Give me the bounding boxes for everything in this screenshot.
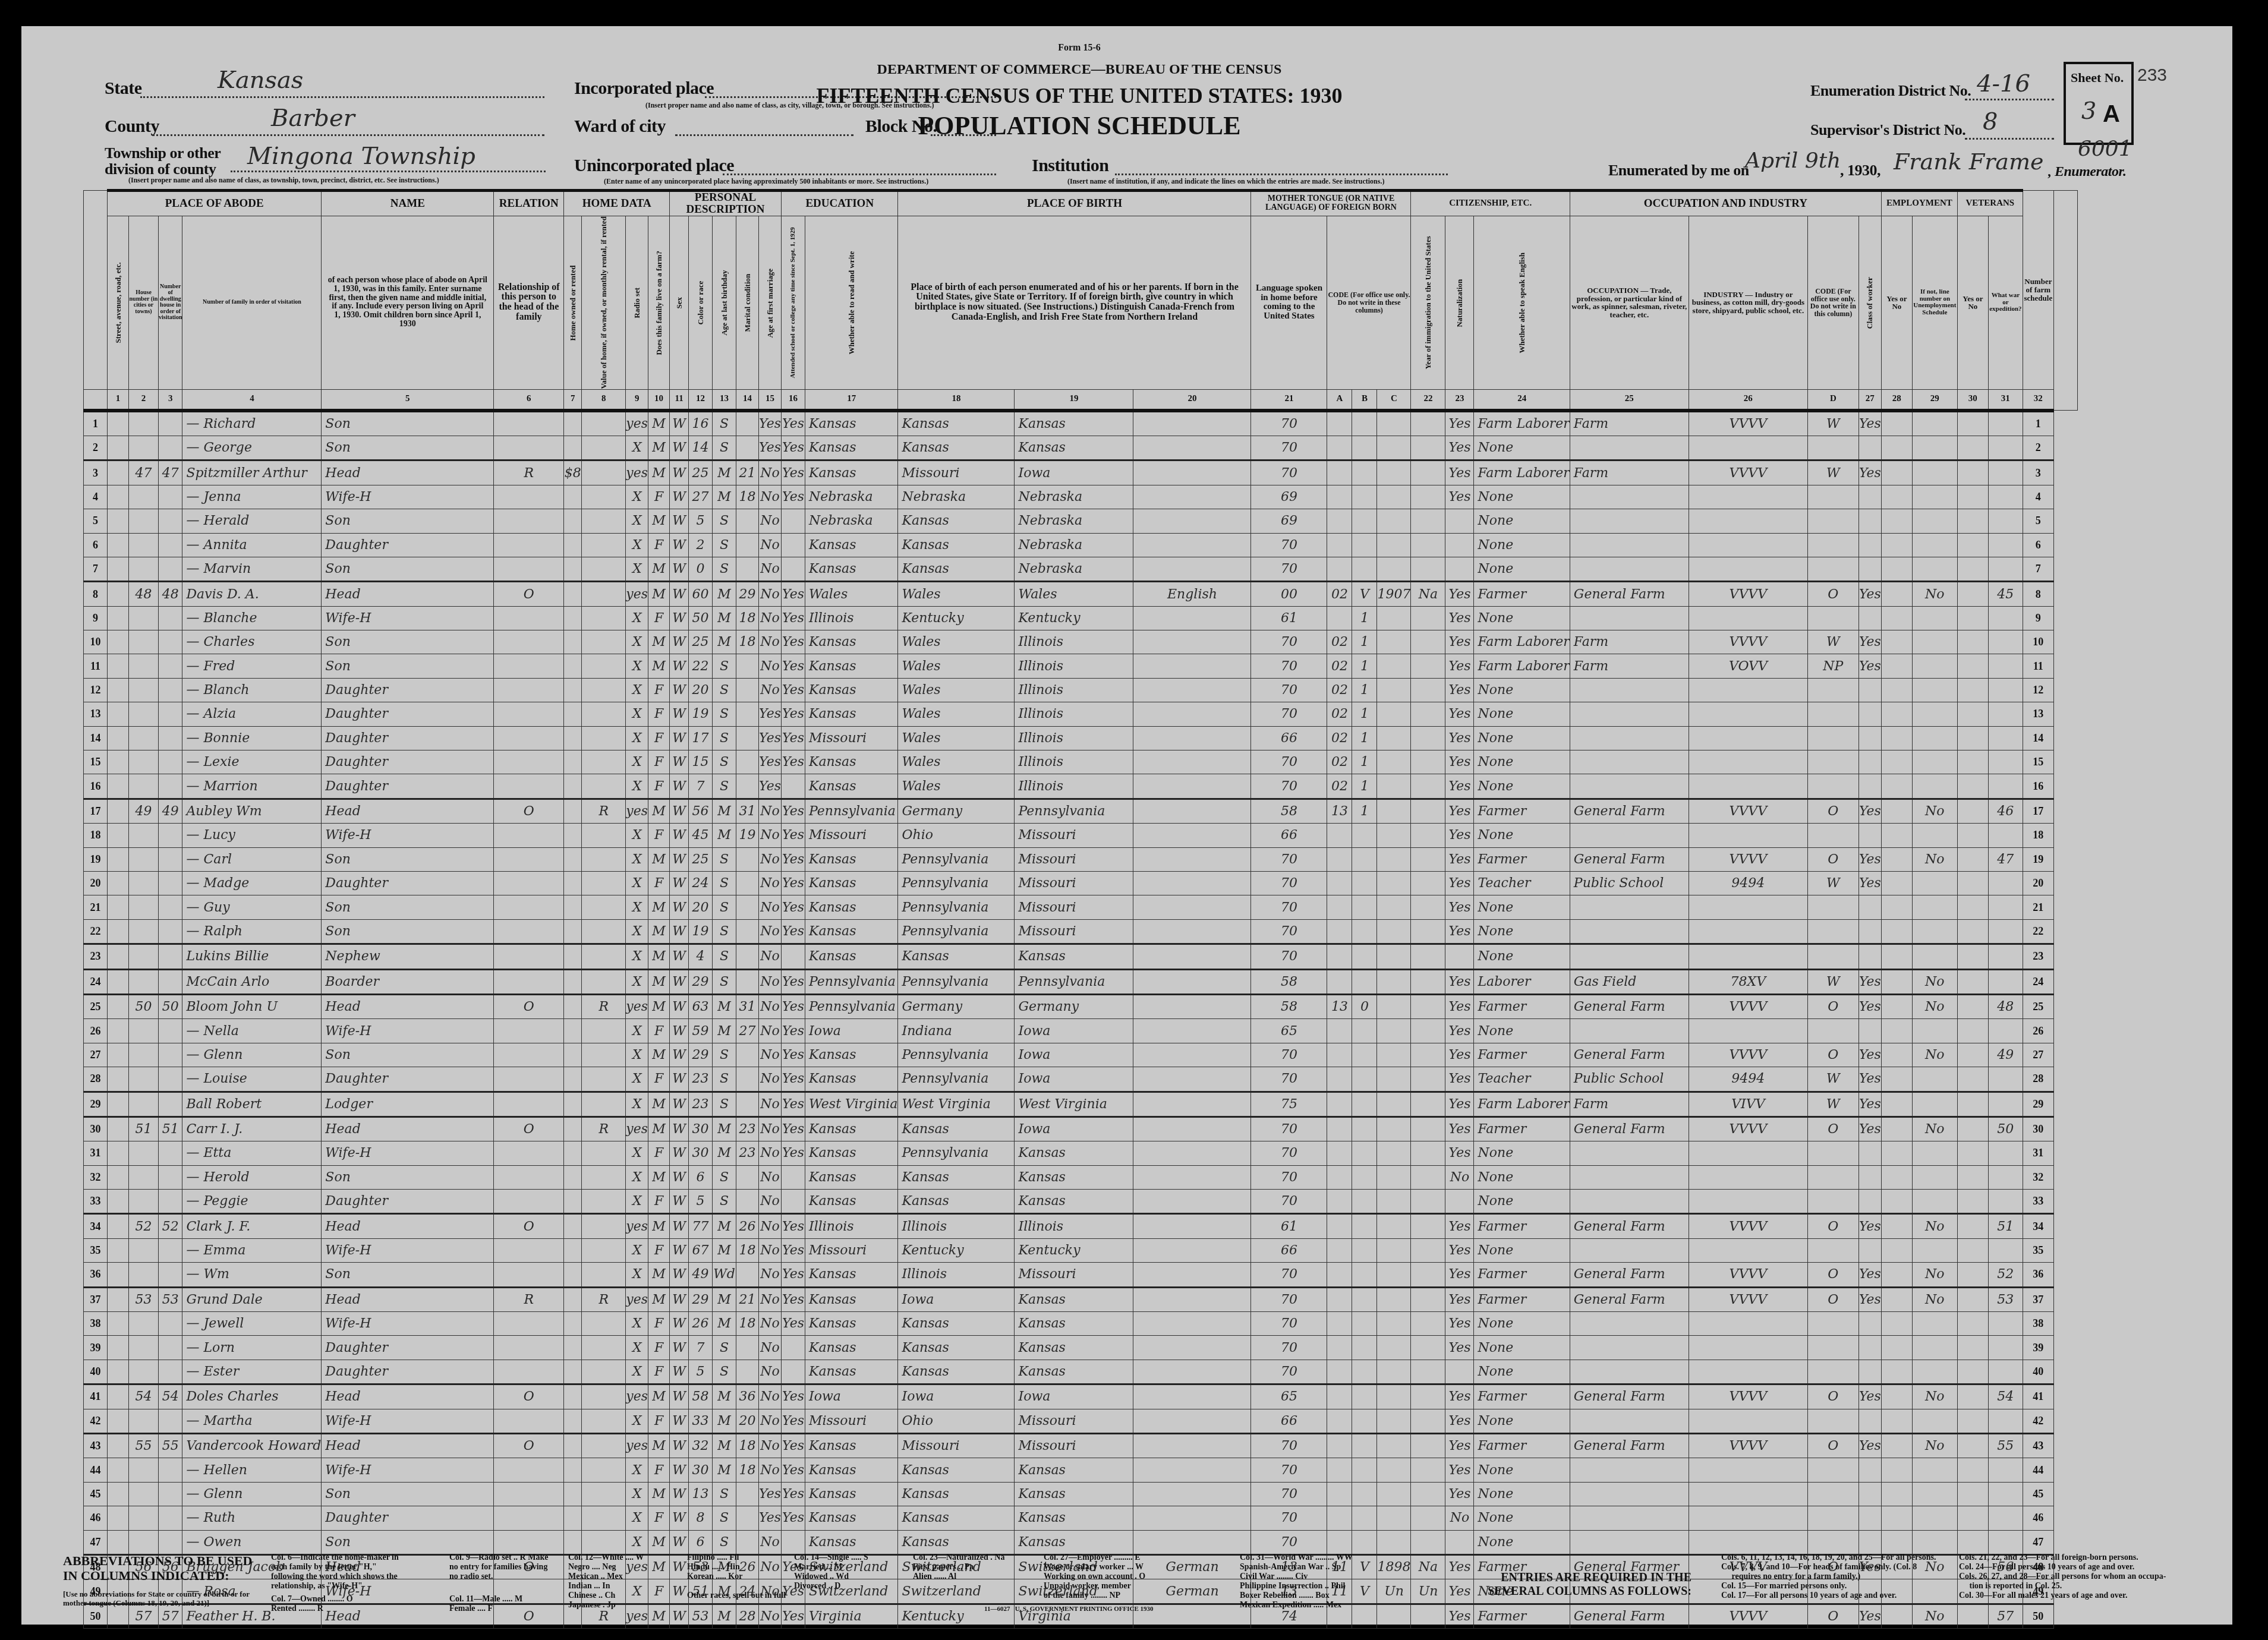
cell-immig (1377, 1482, 1411, 1506)
cell-dwelling (129, 1019, 159, 1043)
cell-unemp (1881, 1141, 1912, 1165)
cell-codeC (1352, 436, 1377, 460)
cell-vet (1912, 411, 1957, 436)
cell-home (494, 1409, 564, 1433)
cell-dwelling (129, 944, 159, 969)
cell-codeB (1327, 461, 1352, 485)
table-row: 39— LornDaughterXFW7SNoKansasKansasKansa… (84, 1336, 2078, 1360)
cell-sex: F (648, 533, 670, 557)
cell-relation: Daughter (322, 1067, 494, 1092)
line-number-right: 42 (2023, 1409, 2053, 1433)
cell-lang (1133, 1530, 1251, 1554)
cell-race: W (670, 582, 689, 606)
cell-codeC (1352, 1287, 1377, 1311)
cell-radio (582, 485, 626, 509)
line-number-right: 30 (2023, 1117, 2053, 1141)
cell-mother: Nebraska (1015, 509, 1133, 533)
cell-english: Yes (1445, 1604, 1474, 1628)
cell-industry (1570, 750, 1689, 774)
cell-farm: yes (626, 411, 648, 436)
cell-english: Yes (1445, 1336, 1474, 1360)
cell-value (564, 1238, 582, 1262)
cell-father: Kansas (898, 1312, 1015, 1336)
cell-war (1957, 1482, 1988, 1506)
cell-father: Wales (898, 750, 1015, 774)
cell-marital: S (713, 557, 736, 581)
cell-immig (1377, 1117, 1411, 1141)
supervisor-district-value: 8 (1983, 108, 1998, 135)
cell-codeB (1327, 1409, 1352, 1433)
cell-codeB (1327, 1482, 1352, 1506)
line-number: 20 (84, 872, 108, 895)
cell-work (1858, 726, 1881, 750)
cell-sex: M (648, 944, 670, 969)
cell-lang (1133, 702, 1251, 726)
cell-age: 29 (689, 969, 713, 994)
population-schedule-table: PLACE OF ABODE NAME RELATION HOME DATA P… (83, 189, 2078, 1629)
institution-label: Institution (1032, 156, 1109, 176)
cell-codeC (1352, 1433, 1377, 1458)
cell-work (1858, 895, 1881, 919)
table-row: 12— BlanchDaughterXFW20SNoYesKansasWales… (84, 678, 2078, 702)
line-number: 15 (84, 750, 108, 774)
form-number: Form 15-6 (0, 43, 2185, 53)
cell-dwelling (129, 750, 159, 774)
cell-codeA: 75 (1251, 1092, 1327, 1117)
cell-family (159, 1067, 182, 1092)
cell-vet (1912, 1092, 1957, 1117)
cell-occupation: None (1474, 895, 1570, 919)
column-number: 10 (648, 389, 670, 411)
cell-natur (1411, 872, 1445, 895)
cell-street (108, 1360, 129, 1384)
cell-farm: X (626, 1238, 648, 1262)
cell-vet (1912, 436, 1957, 460)
cell-work (1858, 774, 1881, 799)
cell-industry (1570, 726, 1689, 750)
cell-industry: General Farm (1570, 1043, 1689, 1067)
cell-farmsch (1988, 726, 2023, 750)
cell-farmsch (1988, 1530, 2023, 1554)
cell-street (108, 606, 129, 630)
cell-farmsch (1988, 1067, 2023, 1092)
cell-codeA: 70 (1251, 1165, 1327, 1189)
cell-codeB (1327, 1190, 1352, 1214)
cell-age_marr (736, 1190, 759, 1214)
cell-natur (1411, 895, 1445, 919)
cell-farmsch: 55 (1988, 1433, 2023, 1458)
cell-war (1957, 1530, 1988, 1554)
cell-dwelling (129, 824, 159, 847)
line-number: 11 (84, 654, 108, 678)
cell-race: W (670, 1360, 689, 1384)
cell-marital: S (713, 847, 736, 871)
cell-name: — Madge (182, 872, 322, 895)
cell-race: W (670, 895, 689, 919)
cell-age: 29 (689, 1043, 713, 1067)
cell-sex: F (648, 678, 670, 702)
cell-lang (1133, 1043, 1251, 1067)
cell-age_marr (736, 1043, 759, 1067)
cell-radio (582, 1190, 626, 1214)
table-row: 22— RalphSonXMW19SNoYesKansasPennsylvani… (84, 919, 2078, 944)
cell-birth: Kansas (805, 1165, 898, 1189)
line-number-right: 32 (2023, 1165, 2053, 1189)
cell-name: Davis D. A. (182, 582, 322, 606)
cell-mother: Illinois (1015, 726, 1133, 750)
cell-farm: X (626, 750, 648, 774)
cell-unemp (1881, 969, 1912, 994)
cell-lang (1133, 1384, 1251, 1409)
cell-natur: Na (1411, 582, 1445, 606)
cell-father: Illinois (898, 1263, 1015, 1287)
cell-codeD: VVVV (1689, 411, 1807, 436)
cell-farmsch (1988, 461, 2023, 485)
cell-father: Pennsylvania (898, 872, 1015, 895)
cell-father: Iowa (898, 1384, 1015, 1409)
cell-farmsch (1988, 630, 2023, 654)
cell-street (108, 1019, 129, 1043)
cell-farm: X (626, 1482, 648, 1506)
cell-street (108, 654, 129, 678)
cell-natur (1411, 557, 1445, 581)
cell-radio: R (582, 1117, 626, 1141)
cell-codeB: 02 (1327, 726, 1352, 750)
cell-codeC (1352, 1384, 1377, 1409)
cell-codeD: 9494 (1689, 872, 1807, 895)
footer-col6: Col. 6—Indicate the home-maker in each f… (271, 1553, 408, 1591)
cell-codeC (1352, 1214, 1377, 1238)
cell-value (564, 436, 582, 460)
cell-farmsch (1988, 1165, 2023, 1189)
header-c3: Number of dwelling house in order of vis… (159, 216, 182, 390)
cell-family (159, 824, 182, 847)
cell-lang (1133, 1312, 1251, 1336)
cell-relation: Son (322, 1043, 494, 1067)
cell-vet (1912, 1067, 1957, 1092)
cell-dwelling (129, 1336, 159, 1360)
cell-codeB (1327, 847, 1352, 871)
cell-codeC (1352, 1067, 1377, 1092)
cell-radio (582, 1312, 626, 1336)
cell-farmsch: 45 (1988, 582, 2023, 606)
cell-unemp (1881, 1165, 1912, 1189)
cell-street (108, 582, 129, 606)
cell-home (494, 824, 564, 847)
sheet-number-box: Sheet No. 3 A (2064, 62, 2134, 145)
cell-codeD: VIVV (1689, 1092, 1807, 1117)
header-c8: Value of home, if owned, or monthly rent… (582, 216, 626, 390)
column-number: A (1327, 389, 1352, 411)
cell-industry (1570, 1141, 1689, 1165)
cell-dwelling (129, 509, 159, 533)
cell-class: W (1807, 461, 1858, 485)
cell-industry: Public School (1570, 872, 1689, 895)
table-row: 26— NellaWife-HXFW59M27NoYesIowaIndianaI… (84, 1019, 2078, 1043)
cell-english (1445, 1190, 1474, 1214)
cell-marital: S (713, 1165, 736, 1189)
cell-codeC (1352, 1530, 1377, 1554)
cell-age: 0 (689, 557, 713, 581)
cell-work (1858, 1019, 1881, 1043)
cell-codeB (1327, 509, 1352, 533)
cell-codeA: 61 (1251, 606, 1327, 630)
column-number: 17 (805, 389, 898, 411)
cell-codeC (1352, 1190, 1377, 1214)
table-row: 415454Doles CharlesHeadOyesMW58M36NoYesI… (84, 1384, 2078, 1409)
cell-home: O (494, 1117, 564, 1141)
cell-war (1957, 606, 1988, 630)
cell-english: Yes (1445, 1287, 1474, 1311)
cell-street (108, 557, 129, 581)
cell-race: W (670, 1019, 689, 1043)
cell-codeA: 58 (1251, 994, 1327, 1018)
cell-farm: X (626, 702, 648, 726)
cell-work: Yes (1858, 1092, 1881, 1117)
cell-birth: Nebraska (805, 485, 898, 509)
cell-school: No (759, 944, 782, 969)
header-c14: Marital condition (736, 216, 759, 390)
cell-value (564, 1043, 582, 1067)
cell-relation: Wife-H (322, 485, 494, 509)
cell-war (1957, 1336, 1988, 1360)
cell-home (494, 557, 564, 581)
cell-codeC (1352, 1312, 1377, 1336)
cell-birth: Pennsylvania (805, 969, 898, 994)
cell-family: 47 (159, 461, 182, 485)
cell-vet: No (1912, 969, 1957, 994)
cell-codeB: 02 (1327, 774, 1352, 799)
cell-codeD (1689, 944, 1807, 969)
cell-marital: Wd (713, 1263, 736, 1287)
cell-codeA: 70 (1251, 895, 1327, 919)
cell-birth: Kansas (805, 1482, 898, 1506)
cell-farm: X (626, 654, 648, 678)
cell-work: Yes (1858, 1117, 1881, 1141)
table-row: 32— HeroldSonXMW6SNoKansasKansasKansas70… (84, 1165, 2078, 1189)
cell-race: W (670, 606, 689, 630)
cell-father: Wales (898, 702, 1015, 726)
cell-age_marr (736, 436, 759, 460)
cell-age_marr (736, 509, 759, 533)
cell-family: 53 (159, 1287, 182, 1311)
cell-vet: No (1912, 582, 1957, 606)
cell-immig (1377, 1336, 1411, 1360)
cell-war (1957, 799, 1988, 823)
unincorporated-note: (Enter name of any unincorporated place … (604, 177, 928, 186)
cell-vet (1912, 824, 1957, 847)
cell-read: Yes (782, 411, 805, 436)
cell-lang (1133, 678, 1251, 702)
cell-marital: M (713, 799, 736, 823)
cell-mother: Illinois (1015, 1214, 1133, 1238)
cell-home (494, 1360, 564, 1384)
cell-war (1957, 1190, 1988, 1214)
cell-class (1807, 919, 1858, 944)
cell-name: — Herold (182, 1165, 322, 1189)
cell-radio (582, 1433, 626, 1458)
cell-vet (1912, 533, 1957, 557)
cell-father: Pennsylvania (898, 919, 1015, 944)
cell-codeD (1689, 1312, 1807, 1336)
cell-home (494, 1067, 564, 1092)
cell-family (159, 485, 182, 509)
cell-war (1957, 1092, 1988, 1117)
cell-birth: Missouri (805, 1409, 898, 1433)
table-row: 27— GlennSonXMW29SNoYesKansasPennsylvani… (84, 1043, 2078, 1067)
cell-farmsch (1988, 1141, 2023, 1165)
cell-street (108, 436, 129, 460)
cell-read: Yes (782, 1506, 805, 1530)
cell-natur (1411, 1409, 1445, 1433)
cell-value (564, 678, 582, 702)
line-number-right: 2 (2023, 436, 2053, 460)
right-gutter (2053, 191, 2077, 411)
cell-class: O (1807, 1604, 1858, 1628)
cell-birth: Kansas (805, 919, 898, 944)
cell-family (159, 654, 182, 678)
table-row: 35— EmmaWife-HXFW67M18NoYesMissouriKentu… (84, 1238, 2078, 1262)
cell-age_marr: 26 (736, 1214, 759, 1238)
cell-age: 24 (689, 872, 713, 895)
cell-radio (582, 824, 626, 847)
cell-relation: Son (322, 411, 494, 436)
table-row: 4— JennaWife-HXFW27M18NoYesNebraskaNebra… (84, 485, 2078, 509)
cell-dwelling (129, 411, 159, 436)
cell-codeC (1352, 1360, 1377, 1384)
cell-vet (1912, 1409, 1957, 1433)
cell-codeA: 66 (1251, 1238, 1327, 1262)
cell-immig (1377, 606, 1411, 630)
cell-school: No (759, 1019, 782, 1043)
cell-home (494, 726, 564, 750)
cell-natur (1411, 1019, 1445, 1043)
cell-sex: M (648, 436, 670, 460)
cell-codeA: 70 (1251, 1043, 1327, 1067)
cell-relation: Head (322, 1433, 494, 1458)
census-sheet: State Kansas County Barber Township or o… (21, 26, 2232, 1625)
cell-immig (1377, 1092, 1411, 1117)
cell-radio (582, 436, 626, 460)
header-c6: Relationship of this person to the head … (494, 216, 564, 390)
cell-immig (1377, 557, 1411, 581)
cell-family (159, 1165, 182, 1189)
cell-immig (1377, 919, 1411, 944)
header-c24: Whether able to speak English (1474, 216, 1570, 390)
cell-farm: yes (626, 799, 648, 823)
cell-birth: Pennsylvania (805, 799, 898, 823)
cell-codeC (1352, 847, 1377, 871)
cell-codeC (1352, 969, 1377, 994)
table-row: 11— FredSonXMW22SNoYesKansasWalesIllinoi… (84, 654, 2078, 678)
cell-marital: S (713, 509, 736, 533)
cell-sex: M (648, 509, 670, 533)
institution-note: (Insert name of institution, if any, and… (1067, 177, 1384, 186)
cell-work (1858, 1190, 1881, 1214)
cell-read: Yes (782, 1043, 805, 1067)
cell-radio (582, 919, 626, 944)
cell-birth: Kansas (805, 533, 898, 557)
cell-unemp (1881, 702, 1912, 726)
cell-unemp (1881, 1190, 1912, 1214)
cell-age: 23 (689, 1092, 713, 1117)
cell-natur (1411, 606, 1445, 630)
cell-work: Yes (1858, 1287, 1881, 1311)
cell-sex: M (648, 654, 670, 678)
cell-lang (1133, 1433, 1251, 1458)
cell-age: 67 (689, 1238, 713, 1262)
footer-col31: Col. 31—World War ......... WW Spanish-A… (1240, 1553, 1353, 1611)
group-education: EDUCATION (782, 191, 898, 216)
cell-unemp (1881, 436, 1912, 460)
line-number: 25 (84, 994, 108, 1018)
cell-relation: Son (322, 1165, 494, 1189)
cell-age: 58 (689, 1384, 713, 1409)
cell-war (1957, 919, 1988, 944)
cell-name: Ball Robert (182, 1092, 322, 1117)
cell-school: Yes (759, 1482, 782, 1506)
cell-codeD (1689, 533, 1807, 557)
cell-industry (1570, 485, 1689, 509)
cell-read: Yes (782, 1238, 805, 1262)
cell-class (1807, 944, 1858, 969)
cell-age_marr (736, 1360, 759, 1384)
column-number: 1 (108, 389, 129, 411)
cell-farmsch (1988, 509, 2023, 533)
cell-father: Wales (898, 654, 1015, 678)
cell-name: Spitzmiller Arthur (182, 461, 322, 485)
cell-value (564, 411, 582, 436)
footer-col14: Col. 14—Single ..... S Married ... M Wid… (794, 1553, 868, 1591)
cell-sex: M (648, 919, 670, 944)
cell-birth: Kansas (805, 1141, 898, 1165)
cell-codeB: 02 (1327, 582, 1352, 606)
cell-farm: X (626, 969, 648, 994)
footer-abbrev-note: [Use no abbreviations for State or count… (63, 1590, 253, 1608)
cell-dwelling (129, 1092, 159, 1117)
cell-farmsch (1988, 1482, 2023, 1506)
cell-codeC: 1 (1352, 750, 1377, 774)
cell-natur (1411, 750, 1445, 774)
cell-family: 49 (159, 799, 182, 823)
cell-immig (1377, 799, 1411, 823)
cell-vet (1912, 1336, 1957, 1360)
cell-farm: X (626, 606, 648, 630)
cell-birth: Kansas (805, 1360, 898, 1384)
cell-english (1445, 533, 1474, 557)
cell-war (1957, 872, 1988, 895)
cell-occupation: None (1474, 750, 1570, 774)
cell-natur (1411, 1190, 1445, 1214)
cell-codeC (1352, 919, 1377, 944)
enumerated-date: April 9th (1745, 149, 1841, 173)
cell-class (1807, 485, 1858, 509)
cell-work: Yes (1858, 461, 1881, 485)
cell-occupation: None (1474, 485, 1570, 509)
cell-read: Yes (782, 702, 805, 726)
cell-unemp (1881, 1287, 1912, 1311)
cell-read (782, 1360, 805, 1384)
cell-industry: General Farm (1570, 1604, 1689, 1628)
cell-codeC: 1 (1352, 606, 1377, 630)
cell-codeD: VVVV (1689, 582, 1807, 606)
cell-radio (582, 872, 626, 895)
cell-name: Grund Dale (182, 1287, 322, 1311)
line-number-right: 29 (2023, 1092, 2053, 1117)
cell-race: W (670, 1506, 689, 1530)
cell-unemp (1881, 1043, 1912, 1067)
cell-age: 59 (689, 1019, 713, 1043)
